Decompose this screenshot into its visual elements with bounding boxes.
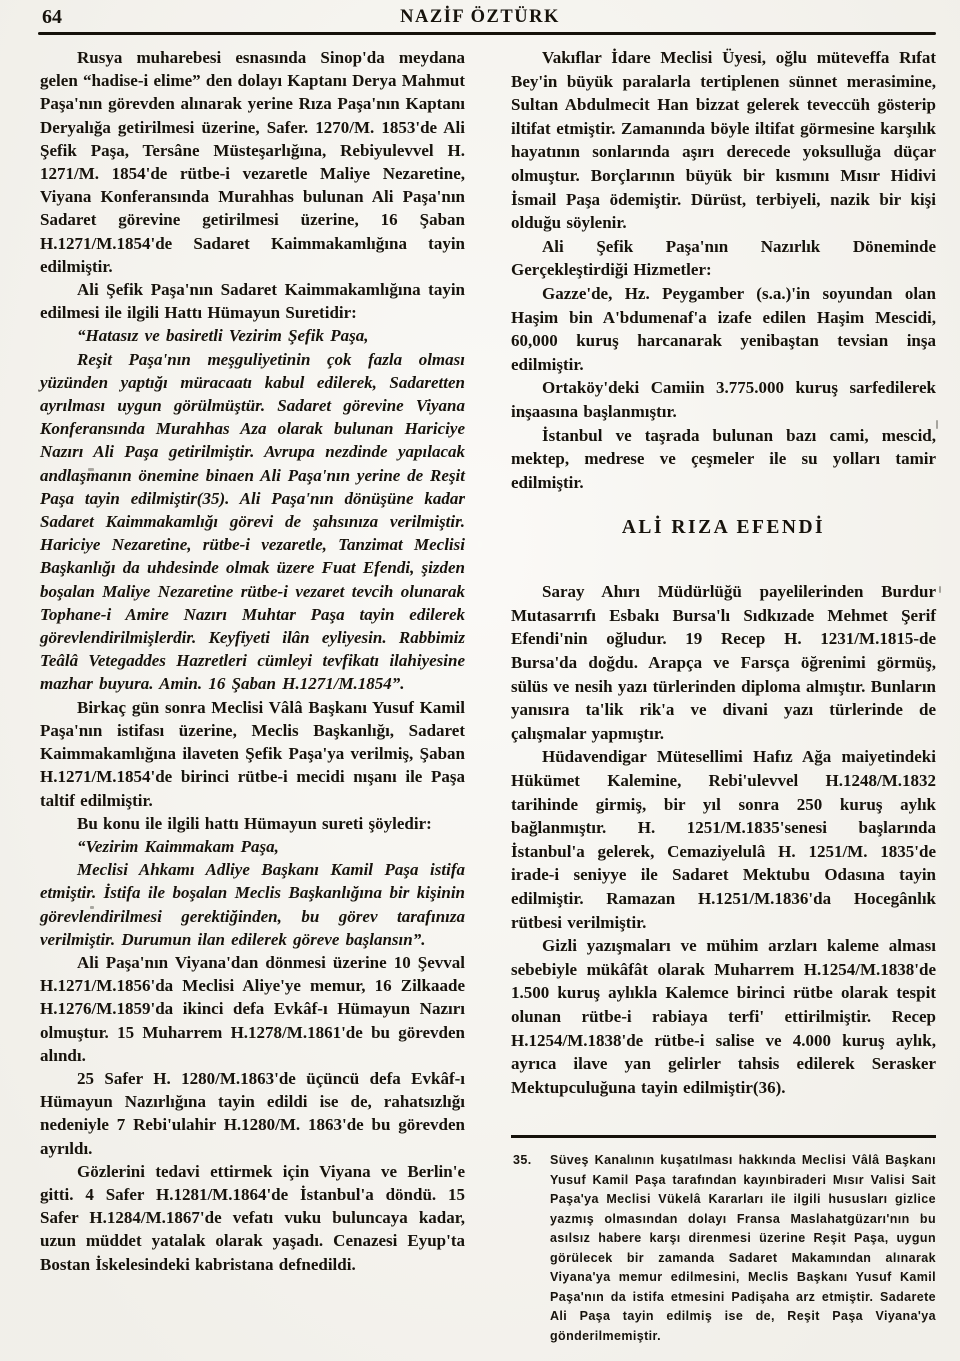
text-columns: Rusya muharebesi esnasında Sinop'da meyd… xyxy=(40,46,936,1351)
paragraph: Bu konu ile ilgili hattı Hümayun sureti … xyxy=(40,812,465,835)
header-rule xyxy=(38,32,936,35)
paragraph: Saray Ahırı Müdürlüğü payelilerinden Bur… xyxy=(511,580,936,745)
quote-paragraph: “Hatasız ve basiretli Vezirim Şefik Paşa… xyxy=(40,324,465,347)
quote-paragraph: “Vezirim Kaimmakam Paşa, xyxy=(40,835,465,858)
paragraph: Ali Paşa'nın Viyana'dan dönmesi üzerine … xyxy=(40,951,465,1067)
scan-artifact xyxy=(936,420,938,429)
paragraph: Vakıflar İdare Meclisi Üyesi, oğlu mütev… xyxy=(511,46,936,235)
quote-paragraph: Meclisi Ahkamı Adliye Başkanı Kamil Paşa… xyxy=(40,858,465,951)
scan-artifact xyxy=(90,906,94,909)
section-heading: ALİ RIZA EFENDİ xyxy=(511,517,936,539)
footnote-text: Süveş Kanalının kuşatılması hakkında Mec… xyxy=(550,1151,936,1346)
page-header-title: NAZİF ÖZTÜRK xyxy=(0,7,960,28)
paragraph: Ortaköy'deki Camiin 3.775.000 kuruş sarf… xyxy=(511,376,936,423)
footnote: 35. Süveş Kanalının kuşatılması hakkında… xyxy=(511,1135,936,1346)
quote-paragraph: Reşit Paşa'nın meşguliyetinin çok fazla … xyxy=(40,348,465,696)
paragraph: Birkaç gün sonra Meclisi Vâlâ Başkanı Yu… xyxy=(40,696,465,812)
paragraph: İstanbul ve taşrada bulunan bazı cami, m… xyxy=(511,424,936,495)
paragraph: Gazze'de, Hz. Peygamber (s.a.)'in soyund… xyxy=(511,282,936,376)
paragraph: Gizli yazışmaları ve mühim arzları kalem… xyxy=(511,934,936,1099)
paragraph: Gözlerini tedavi ettirmek için Viyana ve… xyxy=(40,1160,465,1276)
scan-artifact xyxy=(88,468,94,471)
page-header: 64 NAZİF ÖZTÜRK xyxy=(0,0,960,36)
paragraph: Ali Şefik Paşa'nın Nazırlık Döneminde Ge… xyxy=(511,235,936,282)
footnote-number: 35. xyxy=(511,1151,550,1346)
paragraph: Hüdavendigar Mütesellimi Hafız Ağa maiye… xyxy=(511,745,936,934)
paragraph: Ali Şefik Paşa'nın Sadaret Kaimmakamlığı… xyxy=(40,278,465,324)
paragraph: Rusya muharebesi esnasında Sinop'da meyd… xyxy=(40,46,465,278)
scan-artifact xyxy=(939,586,941,593)
right-column: Vakıflar İdare Meclisi Üyesi, oğlu mütev… xyxy=(511,46,936,1346)
book-page: 64 NAZİF ÖZTÜRK Rusya muharebesi esnasın… xyxy=(0,0,960,1361)
left-column: Rusya muharebesi esnasında Sinop'da meyd… xyxy=(40,46,465,1351)
paragraph: 25 Safer H. 1280/M.1863'de üçüncü defa E… xyxy=(40,1067,465,1160)
